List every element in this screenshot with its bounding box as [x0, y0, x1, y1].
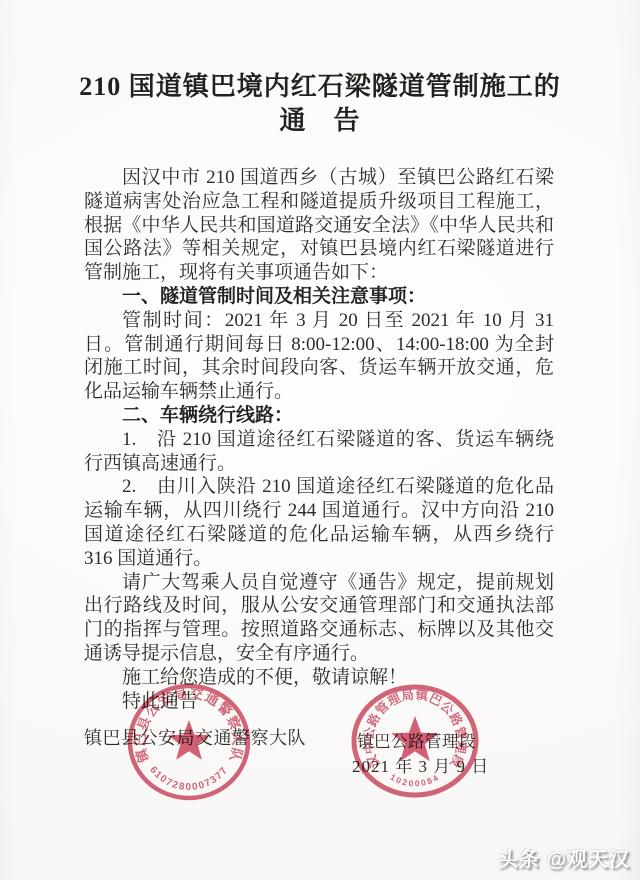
svg-text:10200084: 10200084 [388, 772, 441, 789]
paragraph: 因汉中市 210 国道西乡（古城）至镇巴公路红石梁隧道病害处治应急工程和隧道提质… [84, 166, 554, 285]
document-title-line1: 210 国道镇巴境内红石梁隧道管制施工的 [79, 72, 561, 101]
section-heading: 一、隧道管制时间及相关注意事项： [84, 285, 554, 309]
paragraph: 2. 由川入陕沿 210 国道途径红石梁隧道的危化品运输车辆，从四川绕行 244… [84, 475, 554, 570]
official-seal-police: 镇巴县公安局交通警察大队 6107280007377 [127, 683, 251, 805]
toutiao-watermark: 头条 @观天汉 [498, 843, 630, 872]
notice-document-page: 210 国道镇巴境内红石梁隧道管制施工的 通 告 因汉中市 210 国道西乡（古… [0, 0, 640, 880]
document-title-line2: 通 告 [279, 106, 360, 135]
section-heading: 二、车辆绕行线路： [84, 404, 554, 428]
paragraph: 请广大驾乘人员自觉遵守《通告》规定，提前规划出行路线及时间，服从公安交通管理部门… [84, 571, 554, 666]
star-icon [168, 720, 210, 760]
seal-number: 10200084 [388, 772, 441, 789]
document-title: 210 国道镇巴境内红石梁隧道管制施工的 通 告 [0, 70, 640, 138]
star-icon [391, 716, 439, 761]
paragraph: 管制时间：2021 年 3 月 20 日至 2021 年 10 月 31 日。管… [84, 309, 554, 404]
document-body: 因汉中市 210 国道西乡（古城）至镇巴公路红石梁隧道病害处治应急工程和隧道提质… [84, 166, 554, 713]
paragraph: 1. 沿 210 国道途径红石梁隧道的客、货运车辆绕行西镇高速通行。 [84, 428, 554, 476]
official-seal-highway: 汉中公路管理局镇巴公路管理段 10200084 [351, 684, 479, 800]
